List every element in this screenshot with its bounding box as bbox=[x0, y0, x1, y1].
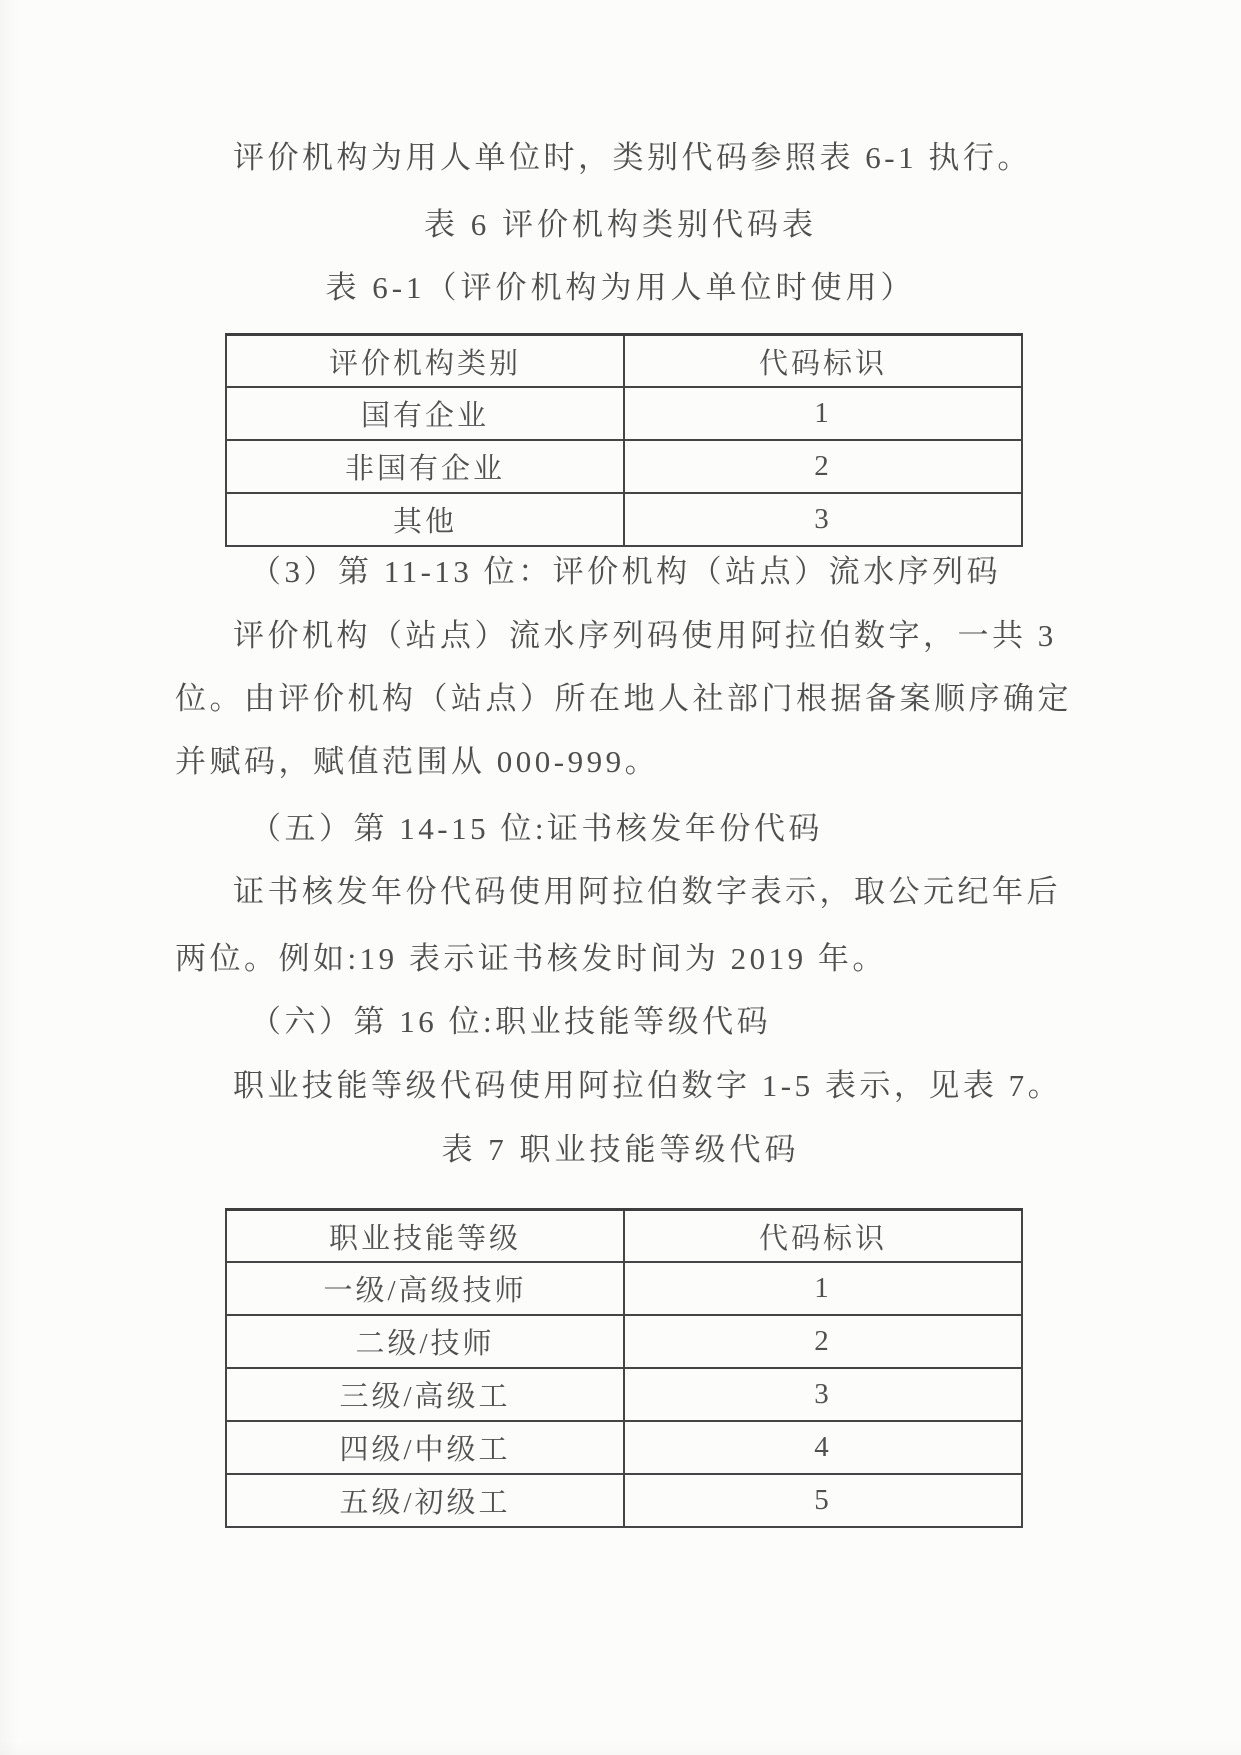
paragraph-intro: 评价机构为用人单位时，类别代码参照表 6-1 执行。 bbox=[233, 136, 1032, 180]
table-row: 五级/初级工 5 bbox=[226, 1474, 1022, 1527]
table-header-row: 评价机构类别 代码标识 bbox=[226, 335, 1022, 388]
cell-skill-level: 五级/初级工 bbox=[226, 1474, 624, 1527]
column-header-code: 代码标识 bbox=[624, 1210, 1022, 1263]
table-row: 四级/中级工 4 bbox=[226, 1421, 1022, 1474]
column-header-skill-level: 职业技能等级 bbox=[226, 1210, 624, 1263]
cell-code: 2 bbox=[624, 1315, 1022, 1368]
heading-item-6: （六）第 16 位:职业技能等级代码 bbox=[250, 1000, 771, 1044]
table6-1-caption: 表 6-1（评价机构为用人单位时使用） bbox=[0, 266, 1241, 310]
heading-item-3: （3）第 11-13 位：评价机构（站点）流水序列码 bbox=[250, 550, 1001, 594]
cell-code: 1 bbox=[624, 1262, 1022, 1315]
paragraph-item-3-line-1: 评价机构（站点）流水序列码使用阿拉伯数字，一共 3 bbox=[233, 614, 1057, 658]
paragraph-item-5-line-1: 证书核发年份代码使用阿拉伯数字表示，取公元纪年后 bbox=[233, 870, 1061, 914]
paragraph-item-5-line-2: 两位。例如:19 表示证书核发时间为 2019 年。 bbox=[175, 937, 887, 981]
table-row: 其他 3 bbox=[226, 493, 1022, 546]
heading-item-5: （五）第 14-15 位:证书核发年份代码 bbox=[250, 807, 823, 851]
table-row: 国有企业 1 bbox=[226, 387, 1022, 440]
paragraph-item-3-line-3: 并赋码，赋值范围从 000-999。 bbox=[175, 740, 659, 784]
column-header-code: 代码标识 bbox=[624, 335, 1022, 388]
cell-category: 其他 bbox=[226, 493, 624, 546]
cell-code: 5 bbox=[624, 1474, 1022, 1527]
column-header-category: 评价机构类别 bbox=[226, 335, 624, 388]
cell-category: 非国有企业 bbox=[226, 440, 624, 493]
cell-skill-level: 四级/中级工 bbox=[226, 1421, 624, 1474]
paragraph-item-6-line-1: 职业技能等级代码使用阿拉伯数字 1-5 表示，见表 7。 bbox=[233, 1064, 1062, 1108]
cell-code: 3 bbox=[624, 493, 1022, 546]
cell-code: 4 bbox=[624, 1421, 1022, 1474]
table-header-row: 职业技能等级 代码标识 bbox=[226, 1210, 1022, 1263]
table6-caption: 表 6 评价机构类别代码表 bbox=[0, 203, 1241, 247]
table7-caption: 表 7 职业技能等级代码 bbox=[0, 1128, 1241, 1172]
table-row: 一级/高级技师 1 bbox=[226, 1262, 1022, 1315]
table-7: 职业技能等级 代码标识 一级/高级技师 1 二级/技师 2 三级/高级工 3 四… bbox=[225, 1208, 1023, 1528]
cell-code: 3 bbox=[624, 1368, 1022, 1421]
document-page: 评价机构为用人单位时，类别代码参照表 6-1 执行。 表 6 评价机构类别代码表… bbox=[0, 0, 1241, 1755]
table-6-1: 评价机构类别 代码标识 国有企业 1 非国有企业 2 其他 3 bbox=[225, 333, 1023, 547]
cell-skill-level: 三级/高级工 bbox=[226, 1368, 624, 1421]
table-row: 非国有企业 2 bbox=[226, 440, 1022, 493]
table-row: 二级/技师 2 bbox=[226, 1315, 1022, 1368]
table-row: 三级/高级工 3 bbox=[226, 1368, 1022, 1421]
cell-code: 2 bbox=[624, 440, 1022, 493]
cell-category: 国有企业 bbox=[226, 387, 624, 440]
cell-skill-level: 二级/技师 bbox=[226, 1315, 624, 1368]
cell-code: 1 bbox=[624, 387, 1022, 440]
paragraph-item-3-line-2: 位。由评价机构（站点）所在地人社部门根据备案顺序确定 bbox=[175, 677, 1072, 721]
cell-skill-level: 一级/高级技师 bbox=[226, 1262, 624, 1315]
